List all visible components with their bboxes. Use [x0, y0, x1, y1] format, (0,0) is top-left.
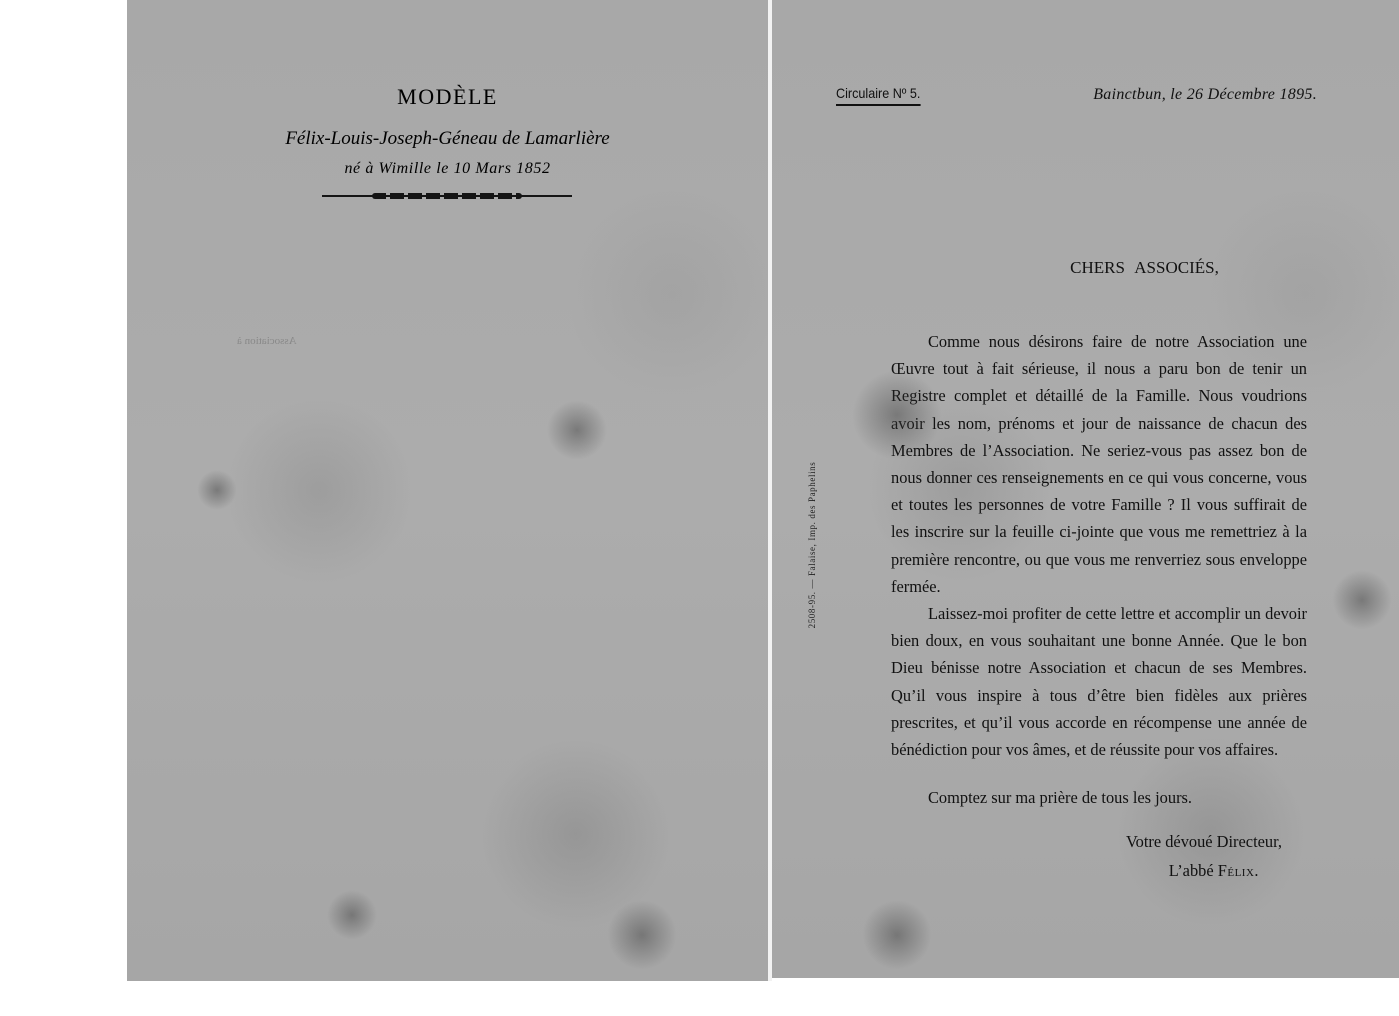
bleed-through-text: Association à — [237, 335, 297, 347]
place-date: Bainctbun, le 26 Décembre 1895. — [1093, 86, 1317, 104]
ink-stain — [327, 890, 377, 940]
ink-stain — [852, 370, 942, 460]
birth-line: né à Wimille le 10 Mars 1852 — [127, 160, 768, 178]
left-page: MODÈLE Félix-Louis-Joseph-Géneau de Lama… — [127, 0, 768, 981]
rule-ornament — [372, 193, 522, 199]
printer-note: 2508-95. — Falaise, Imp. des Paphelins — [807, 462, 817, 629]
signature-name: Félix. — [1218, 861, 1259, 880]
signoff: Votre dévoué Directeur, — [1126, 832, 1282, 852]
ink-stain — [1332, 570, 1392, 630]
ink-stain — [862, 900, 932, 970]
closing-line: Comptez sur ma prière de tous les jours. — [928, 788, 1192, 808]
letter-body: Comme nous désirons faire de notre Assoc… — [891, 328, 1307, 763]
signature-prefix: L’abbé — [1169, 861, 1218, 880]
salutation: CHERS ASSOCIÉS, — [772, 258, 1399, 278]
paragraph: Laissez-moi profiter de cette lettre et … — [891, 600, 1307, 763]
right-page: Circulaire Nº 5. Bainctbun, le 26 Décemb… — [772, 0, 1399, 978]
signature: L’abbé Félix. — [1169, 861, 1259, 881]
ink-stain — [197, 470, 237, 510]
circular-number: Circulaire Nº 5. — [836, 85, 920, 106]
ornamental-rule-icon — [322, 193, 572, 199]
ink-stain — [547, 400, 607, 460]
document-title: MODÈLE — [127, 84, 768, 110]
subject-name: Félix-Louis-Joseph-Géneau de Lamarlière — [127, 128, 768, 150]
paragraph: Comme nous désirons faire de notre Assoc… — [891, 328, 1307, 600]
ink-stain — [607, 900, 677, 970]
